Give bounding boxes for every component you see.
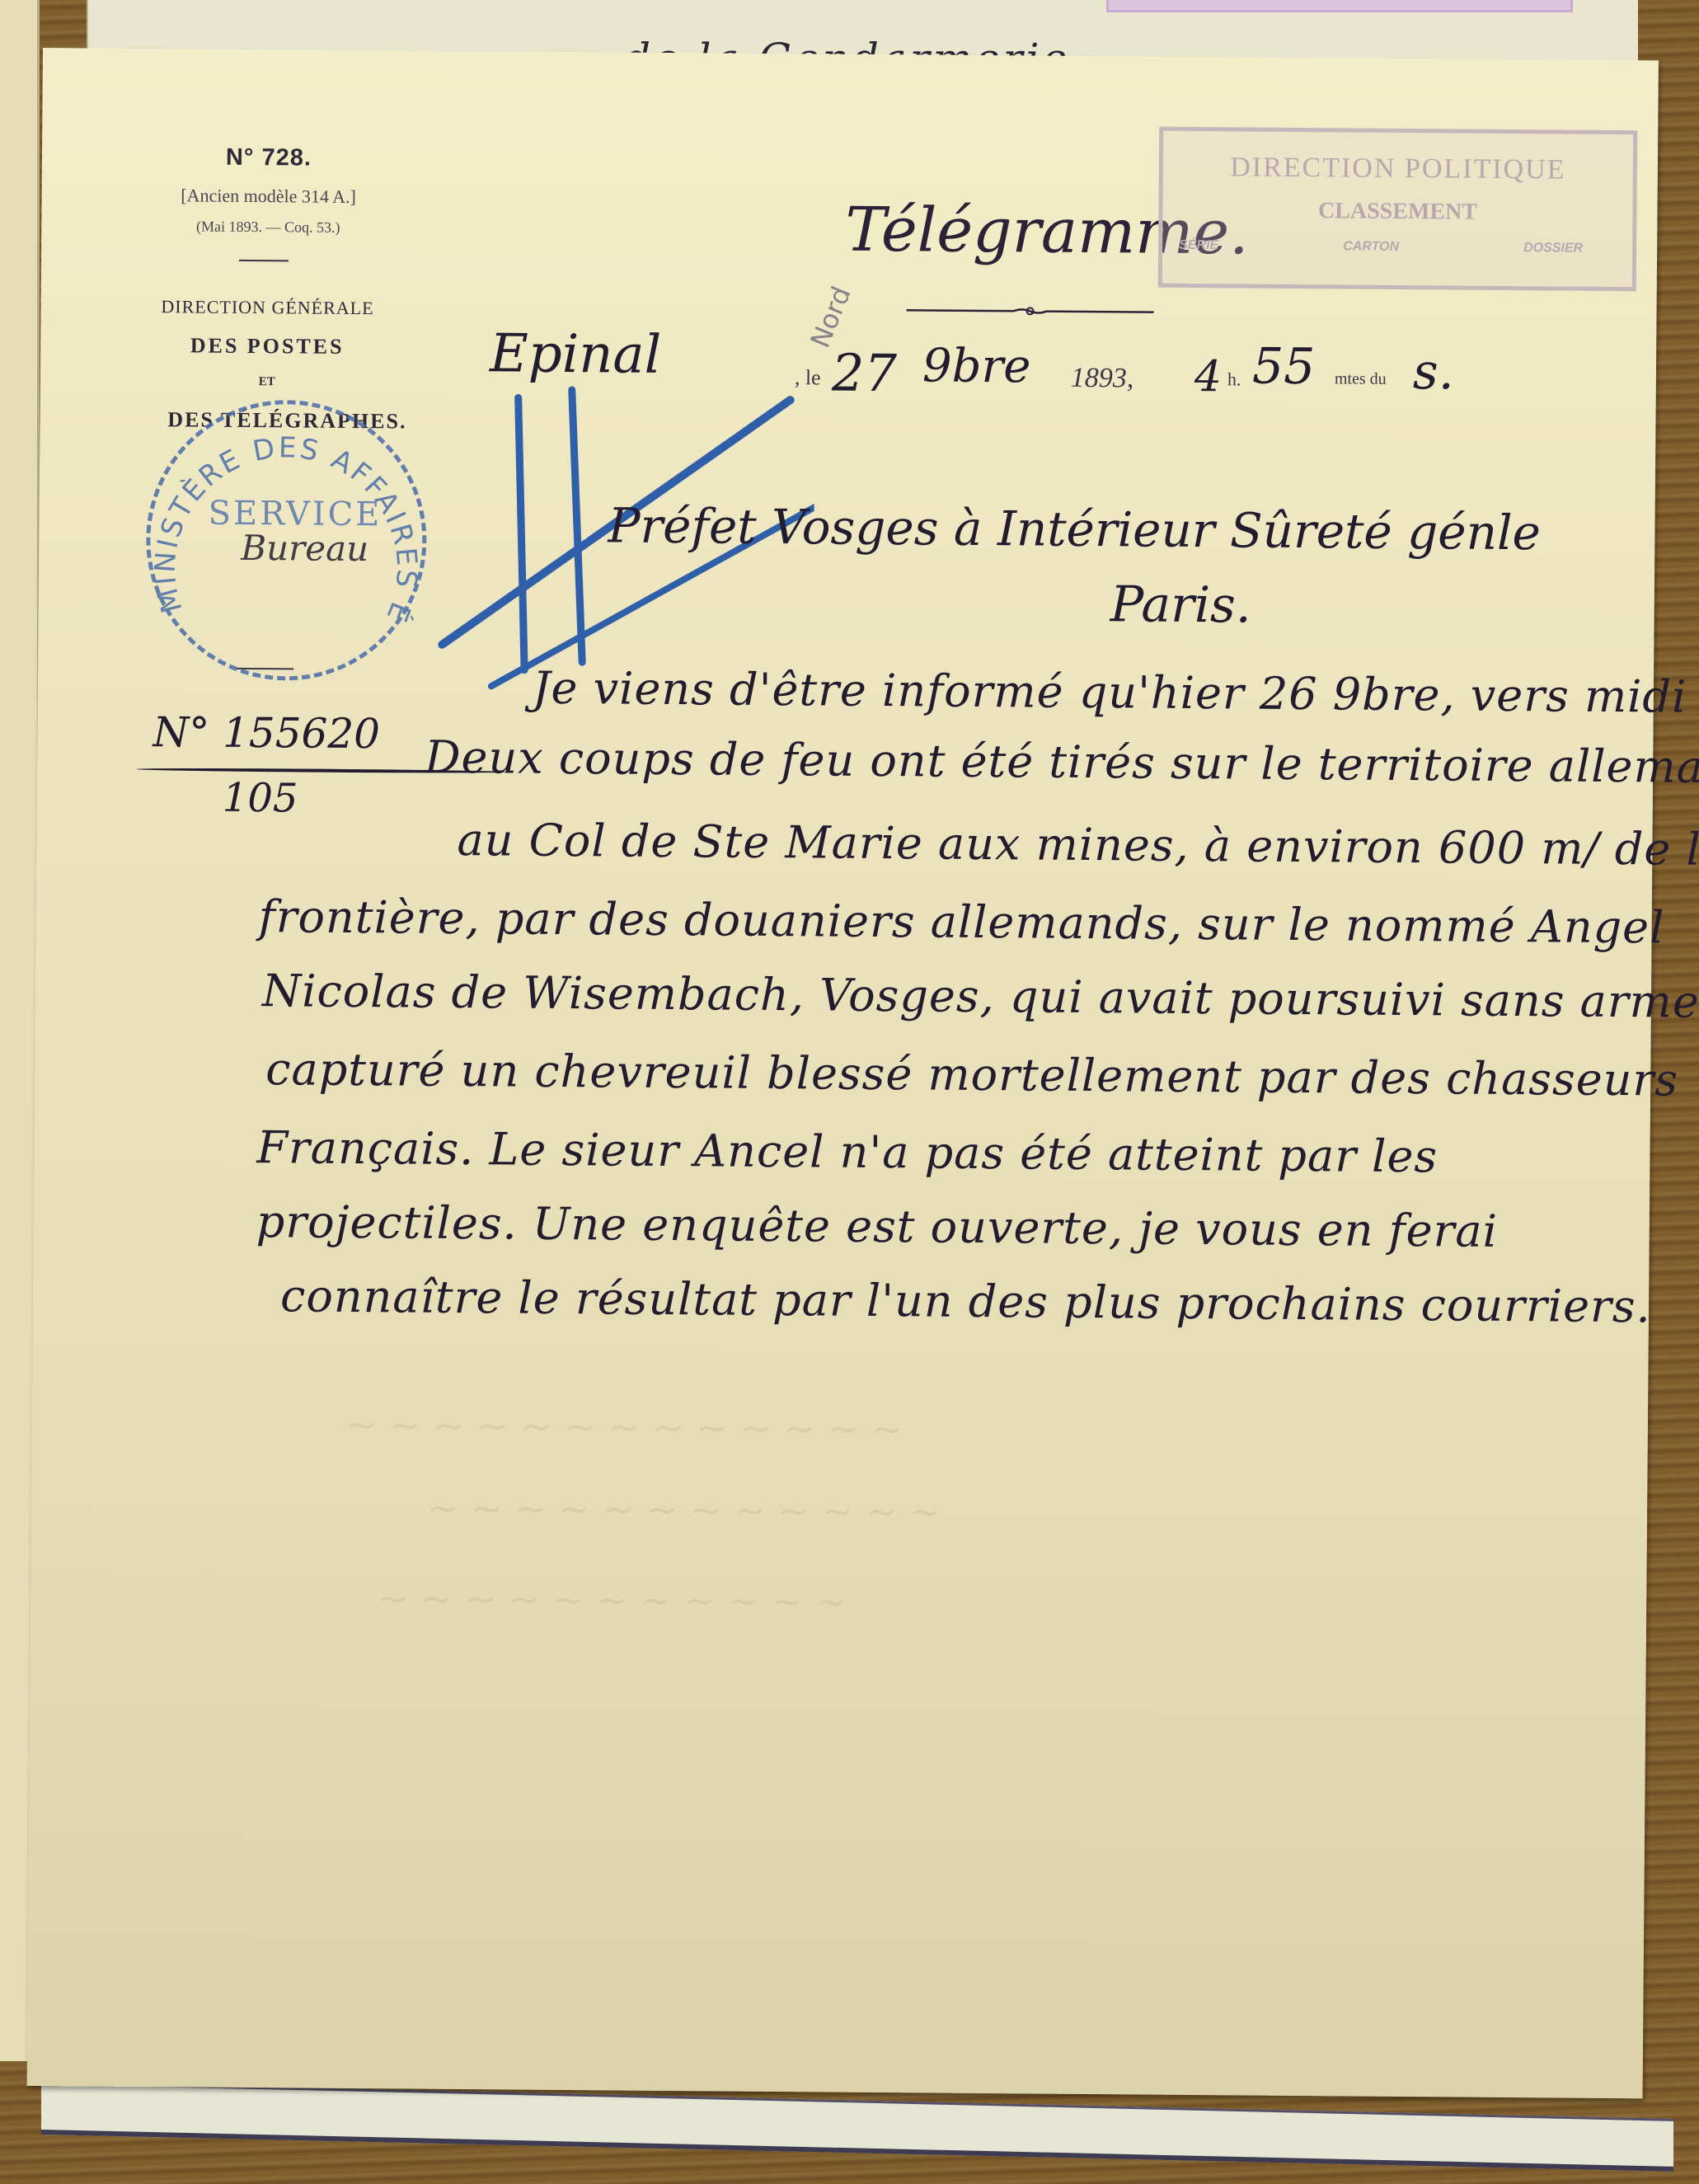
show-through-text: ~ ~ ~ ~ ~ ~ ~ ~ ~ ~ ~ [377, 1576, 847, 1623]
stamp-direction-politique: DIRECTION POLITIQUE [1163, 152, 1633, 186]
place-name: Epinal [490, 323, 662, 386]
time-minutes: 55 [1252, 338, 1316, 397]
stamp-col-carton: CARTON [1343, 239, 1399, 255]
message-line: Français. Le sieur Ancel n'a pas été att… [256, 1121, 1438, 1182]
ministry-stamp: MINISTÈRE DES AFFAIRES ÉTRANGÈRES SERVIC… [145, 399, 428, 682]
stamp-classement: CLASSEMENT [1162, 197, 1632, 227]
message-line: projectiles. Une enquête est ouverte, je… [256, 1195, 1499, 1257]
show-through-text: ~ ~ ~ ~ ~ ~ ~ ~ ~ ~ ~ ~ [427, 1486, 941, 1534]
message-line: Je viens d'être informé qu'hier 26 9bre,… [533, 662, 1687, 723]
hour-label: h. [1227, 369, 1241, 390]
message-line: connaître le résultat par l'un des plus … [280, 1270, 1651, 1332]
classification-stamp: DIRECTION POLITIQUE CLASSEMENT SÉRIE CAR… [1158, 127, 1638, 292]
message-line: Nicolas de Wisembach, Vosges, qui avait … [262, 965, 1699, 1028]
form-number: N° 728. [141, 143, 397, 172]
date-year: 1893, [1071, 363, 1134, 395]
minutes-label: mtes du [1335, 369, 1387, 388]
ornament-divider [906, 302, 1153, 320]
et-label: ET [139, 374, 395, 390]
old-model-label: [Ancien modèle 314 A.] [140, 185, 396, 208]
edition-label: (Mai 1893. — Coq. 53.) [140, 218, 396, 237]
divider [239, 260, 289, 261]
message-line: au Col de Ste Marie aux mines, à environ… [457, 814, 1699, 876]
telegram-sheet: N° 728. [Ancien modèle 314 A.] (Mai 1893… [27, 48, 1659, 2098]
message-line: frontière, par des douaniers allemands, … [258, 890, 1664, 953]
postes-label: DES POSTES [139, 333, 395, 359]
address-line-2: Paris. [1110, 575, 1251, 634]
word-count: 105 [223, 775, 298, 822]
message-line: capturé un chevreuil blessé mortellement… [265, 1043, 1678, 1106]
show-through-text: ~ ~ ~ ~ ~ ~ ~ ~ ~ ~ ~ ~ ~ [345, 1402, 903, 1451]
direction-label: DIRECTION GÉNÉRALE [139, 296, 395, 319]
time-period: s. [1413, 343, 1454, 401]
under-sheet-stamp-edge [1106, 0, 1573, 12]
address-line-1: Préfet Vosges à Intérieur Sûreté génle [608, 497, 1541, 561]
stamp-col-dossier: DOSSIER [1523, 241, 1583, 256]
stamp-col-serie: SÉRIE [1179, 238, 1218, 253]
date-day: 27 [832, 343, 897, 404]
date-month: 9bre [922, 339, 1031, 393]
reference-number: N° 155620 [153, 708, 380, 758]
time-hour: 4 [1194, 352, 1223, 402]
stamp-bureau: Bureau [241, 528, 368, 569]
pencil-annotation: Nord [805, 282, 857, 352]
message-line: Deux coups de feu ont été tirés sur le t… [425, 731, 1699, 794]
